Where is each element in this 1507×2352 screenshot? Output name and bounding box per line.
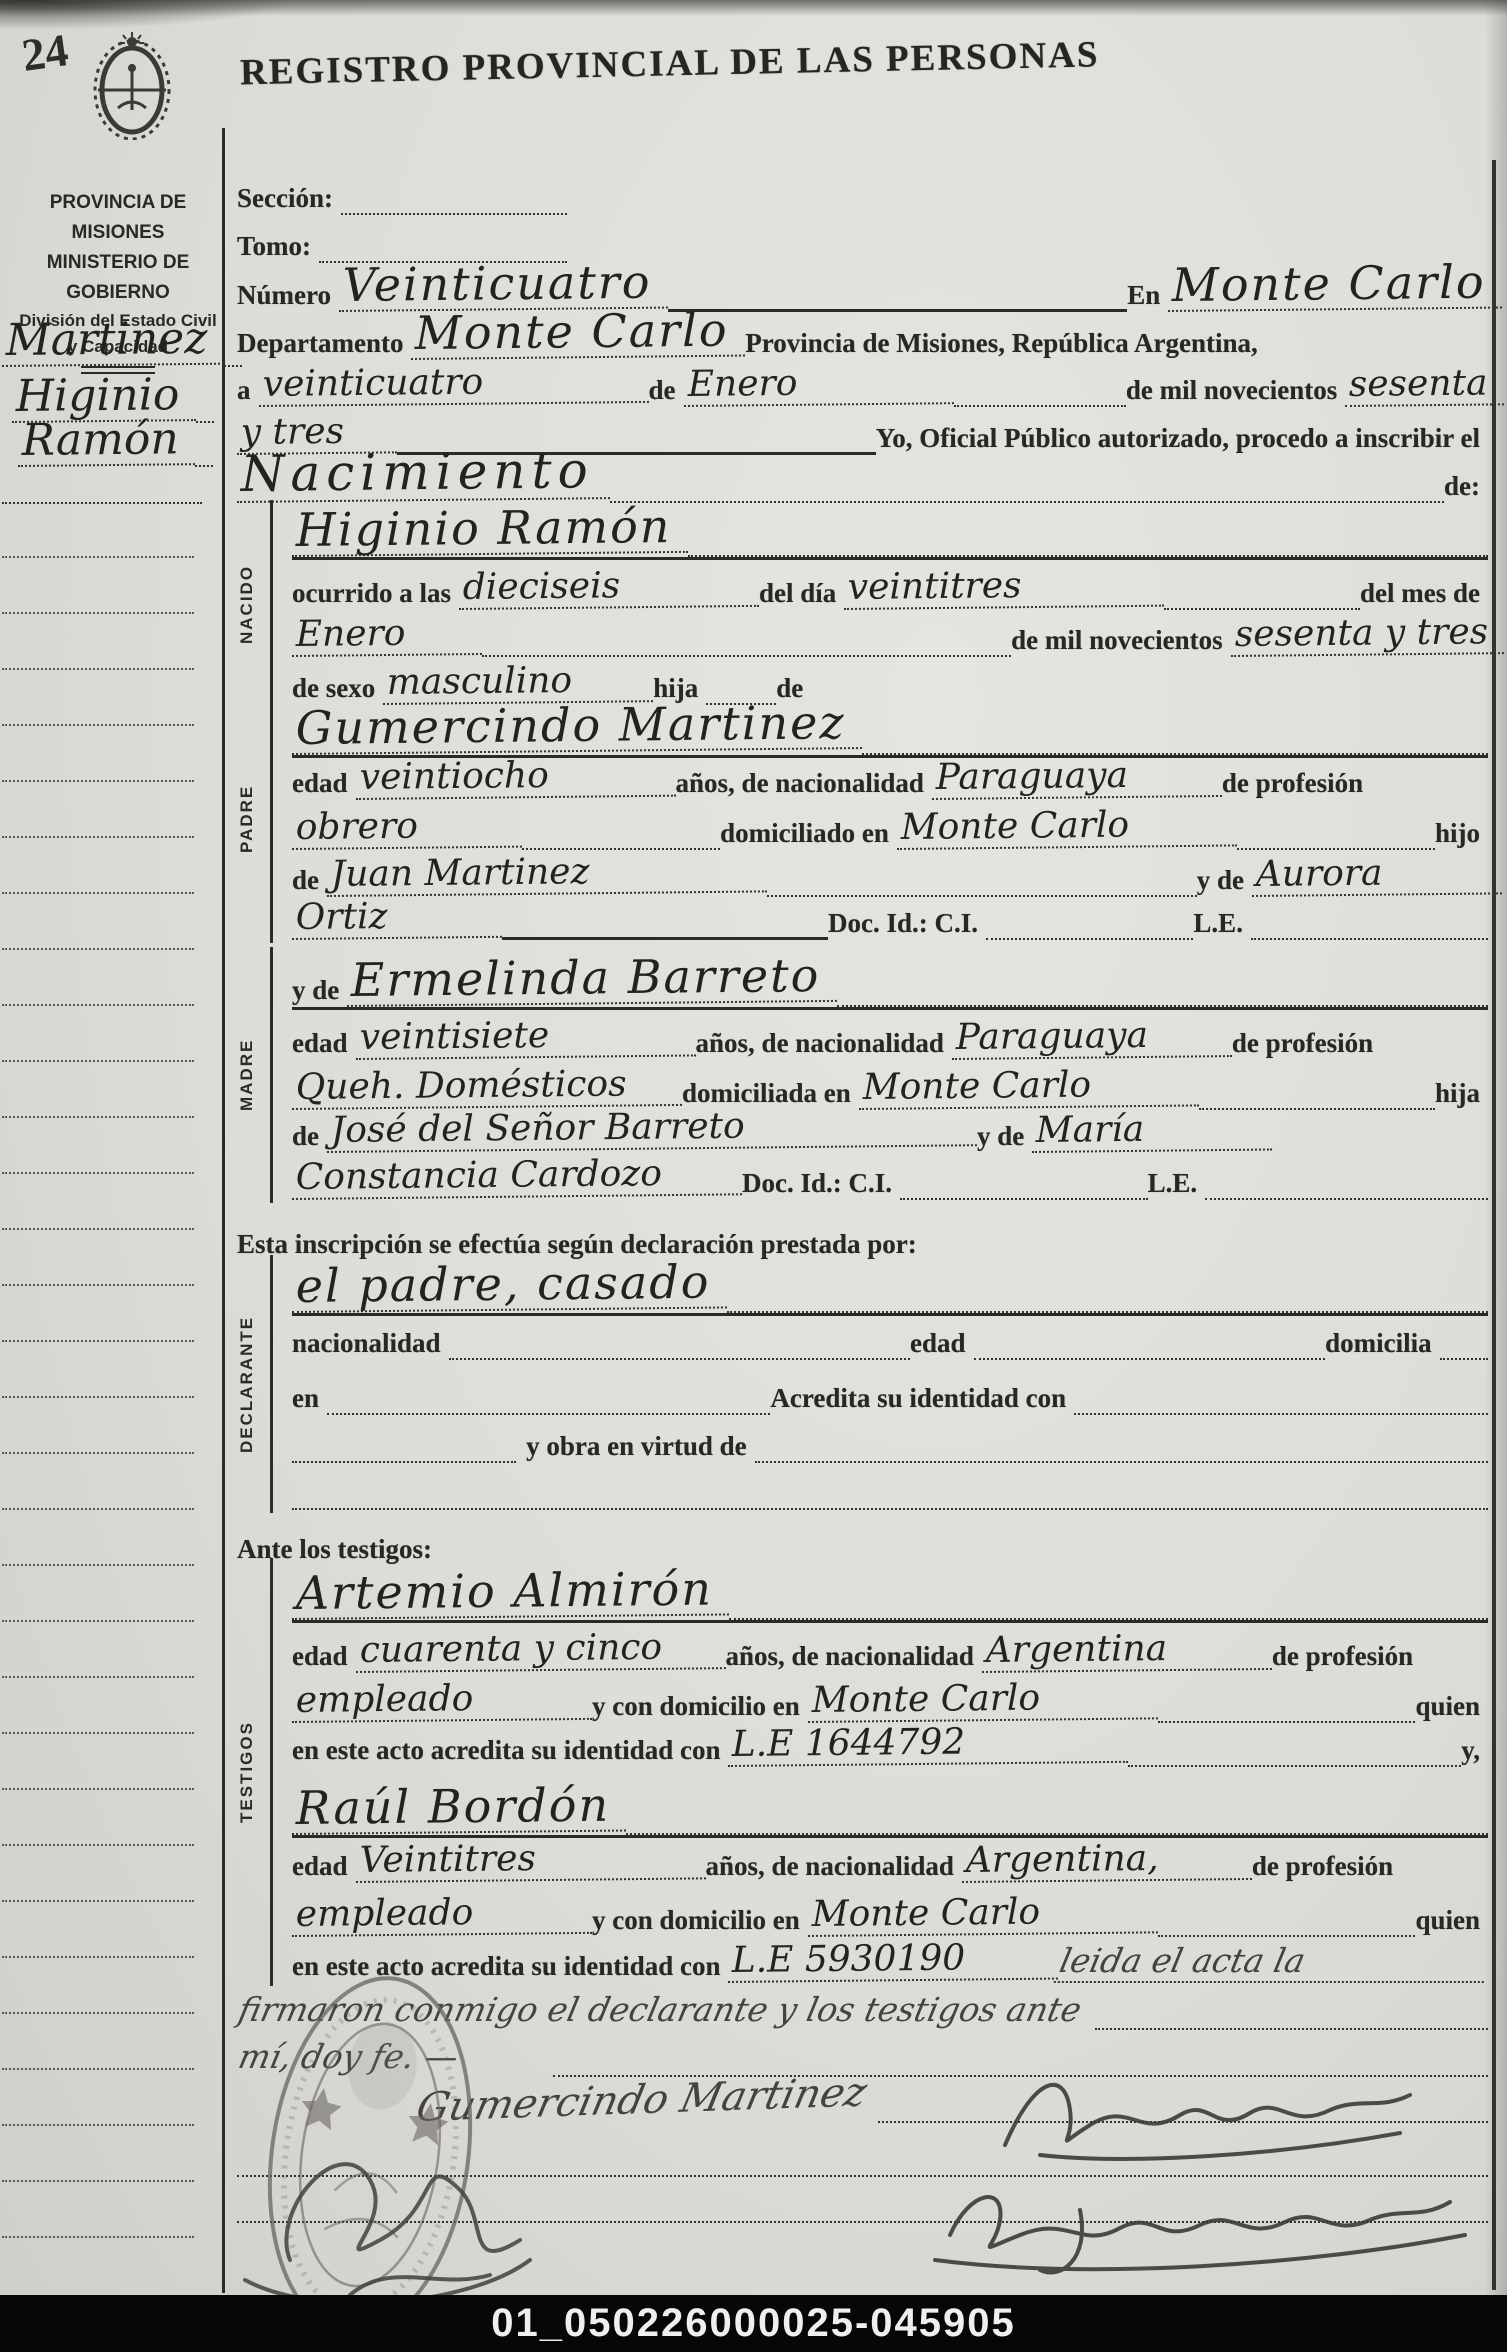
testigo2-edad-label: edad — [292, 1852, 356, 1883]
cierre-linea1-value: leida el acta la — [1054, 1942, 1492, 1983]
testigo1-acredita-label: en este acto acredita su identidad con — [292, 1736, 728, 1767]
madre-doc-label: Doc. Id.: C.I. — [742, 1169, 900, 1200]
declarante-section-label: DECLARANTE — [232, 1289, 262, 1479]
blank-line — [1164, 607, 1360, 610]
madre-yde-label: y de — [292, 976, 347, 1007]
blank-line — [626, 1832, 1488, 1835]
testigo2-nombre-value: Raúl Bordón — [291, 1780, 626, 1835]
row-madre-abuelos: de José del Señor Barreto y de María — [292, 1107, 1488, 1153]
madre-de-label: de — [292, 1122, 327, 1153]
testigo2-profesion-label: de profesión — [1252, 1852, 1401, 1883]
padre-yde-label: y de — [1197, 866, 1252, 897]
row-padre-profesion: obrero domiciliado en Monte Carlo hijo — [292, 804, 1488, 850]
row-madre-doc: Constancia Cardozo Doc. Id.: C.I. L.E. — [292, 1154, 1488, 1200]
row-testigo2-edad: edad Veintitres años, de nacionalidad Ar… — [292, 1837, 1488, 1883]
novecientos-label: de mil novecientos — [1126, 376, 1345, 407]
padre-de-label: de — [292, 866, 327, 897]
declarante-bar — [270, 1255, 273, 1513]
scanned-birth-certificate: 24 REGISTRO PROVINCIAL DE LAS PERSONAS P… — [0, 0, 1507, 2352]
padre-edad-label: edad — [292, 769, 356, 800]
departamento-value: Monte Carlo — [411, 305, 745, 360]
row-declarante-3: y obra en virtud de — [292, 1417, 1488, 1463]
padre-section-label: PADRE — [232, 754, 262, 884]
nacido-section-label: NACIDO — [232, 534, 262, 674]
margin-name-row: Martinez — [2, 307, 210, 367]
blank-line — [292, 1507, 1488, 1510]
testigo1-profesion-value: empleado — [292, 1678, 592, 1723]
anio-value: sesenta — [1345, 363, 1504, 407]
testigo2-nacionalidad-value: Argentina, — [961, 1838, 1251, 1883]
letterhead-line: MINISTERIO DE GOBIERNO — [18, 248, 218, 308]
testigo2-documento-value: L.E 5930190 — [728, 1938, 1058, 1983]
blank-line — [727, 1310, 1488, 1313]
blank-line — [729, 1617, 1488, 1620]
dia-value: veinticuatro — [258, 361, 648, 407]
blank-line — [900, 1197, 1148, 1200]
row-declarante-2: en Acredita su identidad con — [292, 1369, 1488, 1415]
testigo1-nombre-value: Artemio Almirón — [291, 1563, 729, 1620]
madre-edad-label: edad — [292, 1029, 356, 1060]
nacido-dia-value: veintitres — [844, 565, 1164, 610]
row-declarante-4 — [292, 1464, 1488, 1510]
blank-line — [1237, 847, 1435, 850]
nacido-bar — [270, 500, 273, 708]
abuela-materna-value: María — [1032, 1108, 1272, 1153]
scan-footer-bar: 01_050226000025-045905 — [0, 2295, 1507, 2352]
margin-blank-row — [2, 458, 202, 504]
padre-bar — [270, 695, 273, 943]
blank-line — [688, 554, 1488, 557]
blank-line — [1251, 937, 1488, 940]
testigo1-nacionalidad-value: Argentina — [981, 1628, 1271, 1673]
testigo1-quien-label: quien — [1415, 1692, 1488, 1723]
padre-nacionalidad-value: Paraguaya — [931, 755, 1221, 800]
abuelo-paterno-value: Juan Martinez — [327, 850, 767, 897]
nacido-mes-value: Enero — [292, 613, 482, 657]
testigos-section-label: TESTIGOS — [232, 1697, 262, 1847]
row-testigo1-domicilio: empleado y con domicilio en Monte Carlo … — [292, 1677, 1488, 1723]
hijo-label: hijo — [1435, 819, 1488, 850]
row-fecha: a veinticuatro de Enero de mil novecient… — [237, 353, 1488, 407]
declarante-value: el padre, casado — [291, 1256, 726, 1313]
testigo1-domicilio-value: Monte Carlo — [807, 1677, 1157, 1723]
padre-profesion-value: obrero — [292, 806, 522, 850]
blank-line — [1205, 1197, 1488, 1200]
testigo2-nacionalidad-label: años, de nacionalidad — [706, 1852, 962, 1883]
blank-line — [2, 501, 202, 504]
hora-value: dieciseis — [459, 565, 759, 610]
row-testigo2-domicilio: empleado y con domicilio en Monte Carlo … — [292, 1891, 1488, 1937]
margin-lines — [2, 556, 194, 2296]
testigo2-edad-value: Veintitres — [355, 1837, 705, 1883]
madre-edad-value: veintisiete — [355, 1014, 695, 1060]
nacido-novecientos-label: de mil novecientos — [1011, 626, 1230, 657]
madre-le-label: L.E. — [1148, 1169, 1206, 1200]
testigo1-domicilio-label: y con domicilio en — [592, 1692, 808, 1723]
declarante-edad-label: edad — [910, 1329, 974, 1360]
abuelo-materno-value: José del Señor Barreto — [327, 1104, 977, 1153]
page-edge-line — [1492, 160, 1496, 2290]
row-nacido-mes: Enero de mil novecientos sesenta y tres — [292, 611, 1488, 657]
de-label: de — [649, 376, 684, 407]
padre-domicilio-label: domiciliado en — [720, 819, 897, 850]
page-title: REGISTRO PROVINCIAL DE LAS PERSONAS — [240, 37, 941, 95]
mes-value: Enero — [683, 362, 953, 407]
row-seccion: Sección: — [237, 169, 567, 215]
row-padre-abuelos: de Juan Martinez y de Aurora — [292, 851, 1488, 897]
row-numero: Número Veinticuatro En Monte Carlo — [237, 248, 1488, 312]
row-testigo1-nombre: Artemio Almirón — [292, 1552, 1488, 1623]
abuela-paterna-value: Aurora — [1252, 852, 1502, 897]
mes-label: del mes de — [1360, 579, 1488, 610]
madre-bar — [270, 947, 273, 1203]
testigo1-documento-value: L.E 1644792 — [728, 1721, 1128, 1767]
coat-of-arms-icon — [84, 30, 180, 140]
declarante-domicilia-label: domicilia — [1325, 1329, 1440, 1360]
testigos-bar — [270, 1558, 273, 1986]
dia-label: del día — [759, 579, 844, 610]
nacido-nombre-value: Higinio Ramón — [291, 501, 687, 557]
declarante-nacionalidad-label: nacionalidad — [292, 1329, 449, 1360]
seccion-label: Sección: — [237, 184, 341, 215]
margin-apellido: Martinez — [1, 315, 223, 367]
padre-nombre-value: Gumercindo Martinez — [291, 697, 861, 755]
padre-le-label: L.E. — [1193, 909, 1251, 940]
testigo1-edad-value: cuarenta y cinco — [355, 1627, 725, 1673]
madre-yde2-label: y de — [977, 1122, 1032, 1153]
testigo1-y-label: y, — [1461, 1736, 1488, 1767]
row-padre-doc: Ortiz Doc. Id.: C.I. L.E. — [292, 894, 1488, 940]
blank-line — [837, 1004, 1488, 1007]
padre-edad-value: veintiocho — [355, 755, 675, 800]
row-testigo1-edad: edad cuarenta y cinco años, de nacionali… — [292, 1627, 1488, 1673]
official-signature-right-2 — [930, 2150, 1470, 2285]
blank-line — [1440, 1357, 1488, 1360]
testigo2-domicilio-label: y con domicilio en — [592, 1906, 808, 1937]
padre-nacionalidad-label: años, de nacionalidad — [676, 769, 932, 800]
letterhead-line: PROVINCIA DE MISIONES — [18, 188, 218, 248]
madre-domicilio-value: Monte Carlo — [858, 1064, 1198, 1110]
blank-line — [522, 847, 720, 850]
padre-domicilio-value: Monte Carlo — [896, 804, 1236, 850]
form-left-rule — [222, 128, 225, 2293]
declarante-en-label: en — [292, 1384, 327, 1415]
row-padre-nombre: Gumercindo Martinez — [292, 689, 1488, 758]
madre-nombre-value: Ermelinda Barreto — [347, 950, 837, 1007]
row-testigo2-nombre: Raúl Bordón — [292, 1767, 1488, 1838]
blank-line — [482, 654, 1011, 657]
declarante-acredita-label: Acredita su identidad con — [770, 1384, 1074, 1415]
abuela-materna-cont-value: Constancia Cardozo — [292, 1153, 742, 1200]
row-padre-edad: edad veintiocho años, de nacionalidad Pa… — [292, 754, 1488, 800]
lugar-value: Monte Carlo — [1168, 257, 1502, 312]
a-label: a — [237, 376, 259, 407]
testigo1-nacionalidad-label: años, de nacionalidad — [726, 1642, 982, 1673]
madre-nacionalidad-label: años, de nacionalidad — [696, 1029, 952, 1060]
row-declarante-valor: el padre, casado — [292, 1249, 1488, 1316]
testigo1-profesion-label: de profesión — [1272, 1642, 1421, 1673]
row-declarante-1: nacionalidad edad domicilia — [292, 1314, 1488, 1360]
blank-line — [1074, 1412, 1488, 1415]
padre-profesion-label: de profesión — [1222, 769, 1371, 800]
row-departamento: Departamento Monte Carlo Provincia de Mi… — [237, 306, 1488, 360]
blank-line — [986, 937, 1193, 940]
madre-profesion-label: de profesión — [1232, 1029, 1381, 1060]
row-acta: Nacimiento de: — [237, 427, 1488, 503]
ocurrido-label: ocurrido a las — [292, 579, 459, 610]
madre-nacionalidad-value: Paraguaya — [951, 1015, 1231, 1060]
row-madre-edad: edad veintisiete años, de nacionalidad P… — [292, 1014, 1488, 1060]
blank-line — [292, 1460, 516, 1463]
row-madre-nombre: y de Ermelinda Barreto — [292, 941, 1488, 1010]
blank-line — [974, 1357, 1326, 1360]
madre-section-label: MADRE — [232, 1010, 262, 1140]
page-number: 24 — [19, 23, 72, 82]
blank-line — [502, 936, 828, 940]
blank-line — [449, 1357, 910, 1360]
nacido-anio-value: sesenta y tres — [1230, 612, 1504, 657]
testigo1-edad-label: edad — [292, 1642, 356, 1673]
row-nacido-hora: ocurrido a las dieciseis del día veintit… — [292, 564, 1488, 610]
madre-profesion-value: Queh. Domésticos — [292, 1064, 682, 1110]
declarante-virtud-label: y obra en virtud de — [516, 1432, 755, 1463]
row-nacido-nombre: Higinio Ramón — [292, 493, 1488, 560]
row-testigo1-doc: en este acto acredita su identidad con L… — [292, 1721, 1488, 1767]
scan-footer-code: 01_050226000025-045905 — [491, 2301, 1016, 2346]
padre-doc-label: Doc. Id.: C.I. — [828, 909, 986, 940]
abuela-paterna-cont-value: Ortiz — [292, 896, 502, 940]
blank-line — [755, 1460, 1488, 1463]
blank-line — [1095, 2027, 1488, 2030]
testigo2-profesion-value: empleado — [292, 1892, 592, 1937]
official-signature-left — [230, 2090, 650, 2320]
hija2-label: hija — [1435, 1079, 1488, 1110]
testigo2-quien-label: quien — [1415, 1906, 1488, 1937]
row-madre-profesion: Queh. Domésticos domiciliada en Monte Ca… — [292, 1064, 1488, 1110]
seccion-blank — [341, 212, 567, 215]
testigo2-domicilio-value: Monte Carlo — [807, 1891, 1157, 1937]
blank-line — [327, 1412, 770, 1415]
